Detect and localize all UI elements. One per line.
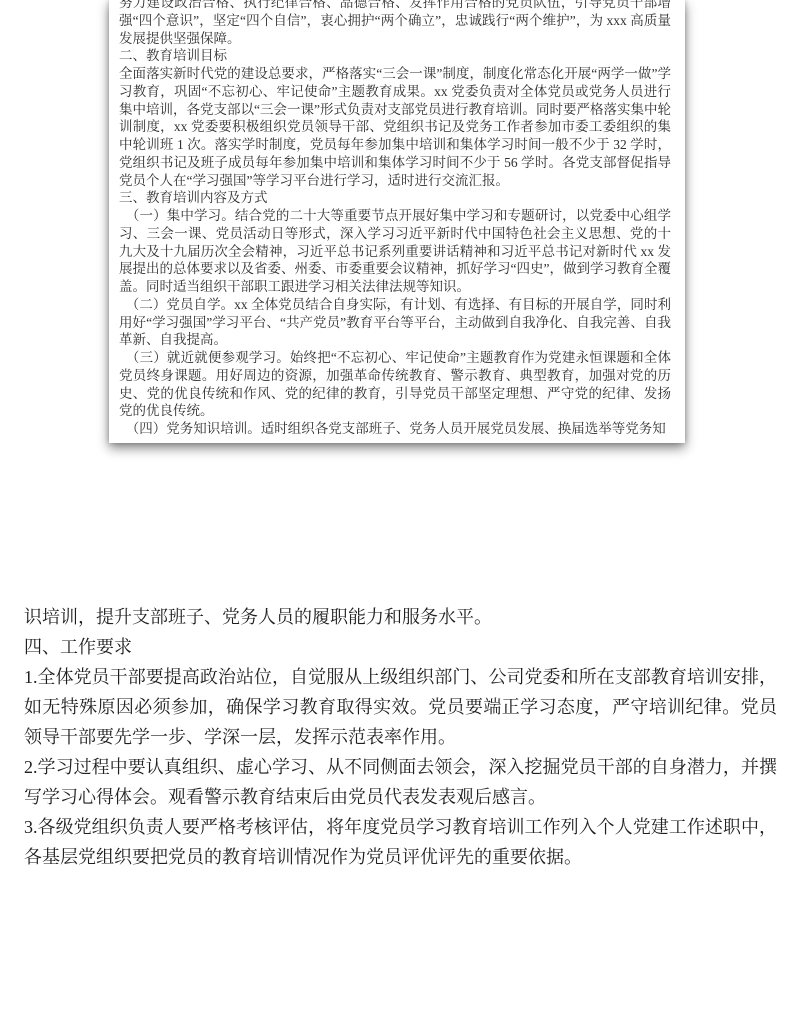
article-paragraph: 四、工作要求 <box>24 632 777 662</box>
preview-paragraph: 二、教育培训目标 <box>119 47 671 65</box>
preview-paragraph: 三、教育培训内容及方式 <box>119 189 671 207</box>
preview-paragraph: 努力建设政治合格、执行纪律合格、品德合格、发挥作用合格的党员队伍，引导党员干部增… <box>119 0 671 47</box>
article-paragraph: 1.全体党员干部要提高政治站位，自觉服从上级组织部门、公司党委和所在支部教育培训… <box>24 662 777 752</box>
document-preview-page: 努力建设政治合格、执行纪律合格、品德合格、发挥作用合格的党员队伍，引导党员干部增… <box>109 0 685 443</box>
preview-paragraph: （三）就近就便参观学习。始终把“不忘初心、牢记使命”主题教育作为党建永恒课题和全… <box>119 349 671 420</box>
article-paragraph: 识培训，提升支部班子、党务人员的履职能力和服务水平。 <box>24 602 777 632</box>
document-viewer-page: { "colors": { "page_background": "#fffff… <box>0 0 800 1014</box>
preview-paragraph: （一）集中学习。结合党的二十大等重要节点开展好集中学习和专题研讨，以党委中心组学… <box>119 207 671 296</box>
article-body-text: 识培训，提升支部班子、党务人员的履职能力和服务水平。四、工作要求1.全体党员干部… <box>0 602 800 872</box>
preview-paragraph: （四）党务知识培训。适时组织各党支部班子、党务人员开展党员发展、换届选举等党务知 <box>119 420 671 438</box>
preview-paragraph: （二）党员自学。xx 全体党员结合自身实际，有计划、有选择、有目标的开展自学，同… <box>119 296 671 349</box>
article-paragraph: 2.学习过程中要认真组织、虚心学习、从不同侧面去领会，深入挖掘党员干部的自身潜力… <box>24 752 777 812</box>
article-paragraph: 3.各级党组织负责人要严格考核评估，将年度党员学习教育培训工作列入个人党建工作述… <box>24 812 777 872</box>
document-preview-text: 努力建设政治合格、执行纪律合格、品德合格、发挥作用合格的党员队伍，引导党员干部增… <box>119 0 671 438</box>
preview-paragraph: 全面落实新时代党的建设总要求，严格落实“三会一课”制度，制度化常态化开展“两学一… <box>119 65 671 189</box>
